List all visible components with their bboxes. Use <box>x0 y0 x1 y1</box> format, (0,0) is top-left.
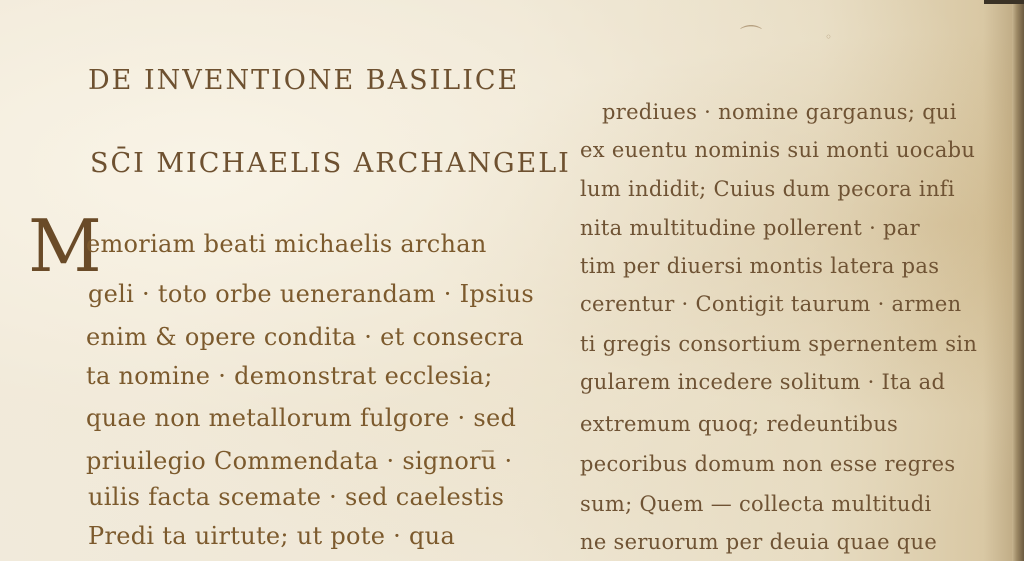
text-line: priuilegio Commendata · signoru̅ · <box>86 447 513 475</box>
book-binding-edge <box>1012 0 1024 561</box>
text-line: ne seruorum per deuia quae que <box>580 528 937 556</box>
text-line: prediues · nomine garganus; qui <box>602 98 957 126</box>
text-line: tim per diuersi montis latera pas <box>580 252 939 280</box>
text-line: sum; Quem — collecta multitudi <box>580 490 932 518</box>
text-line: quae non metallorum fulgore · sed <box>86 404 516 432</box>
text-line: nita multitudine pollerent · par <box>580 214 920 242</box>
text-line: emoriam beati michaelis archan <box>86 230 487 258</box>
heading-line-2: SC̄I MICHAELIS ARCHANGELI <box>90 148 571 179</box>
text-line: cerentur · Contigit taurum · armen <box>580 290 961 318</box>
text-line: uilis facta scemate · sed caelestis <box>88 483 504 511</box>
text-line: gularem incedere solitum · Ita ad <box>580 368 945 396</box>
text-line: ex euentu nominis sui monti uocabu <box>580 136 975 164</box>
text-line: lum indidit; Cuius dum pecora infi <box>580 175 955 203</box>
text-line: extremum quoq; redeuntibus <box>580 410 898 438</box>
text-line: enim & opere condita · et consecra <box>86 323 524 351</box>
binding-top-shadow <box>984 0 1024 4</box>
heading-line-1: DE INVENTIONE BASILICE <box>88 65 519 96</box>
faded-marginal-mark: ⌒ <box>740 20 762 51</box>
text-line: Predi ta uirtute; ut pote · qua <box>88 522 455 550</box>
text-line: pecoribus domum non esse regres <box>580 450 955 478</box>
text-line: geli · toto orbe uenerandam · Ipsius <box>88 280 534 308</box>
text-line: ti gregis consortium spernentem sin <box>580 330 977 358</box>
text-line: ta nomine · demonstrat ecclesia; <box>86 362 493 390</box>
faded-marginal-mark: ◦ <box>825 30 832 44</box>
